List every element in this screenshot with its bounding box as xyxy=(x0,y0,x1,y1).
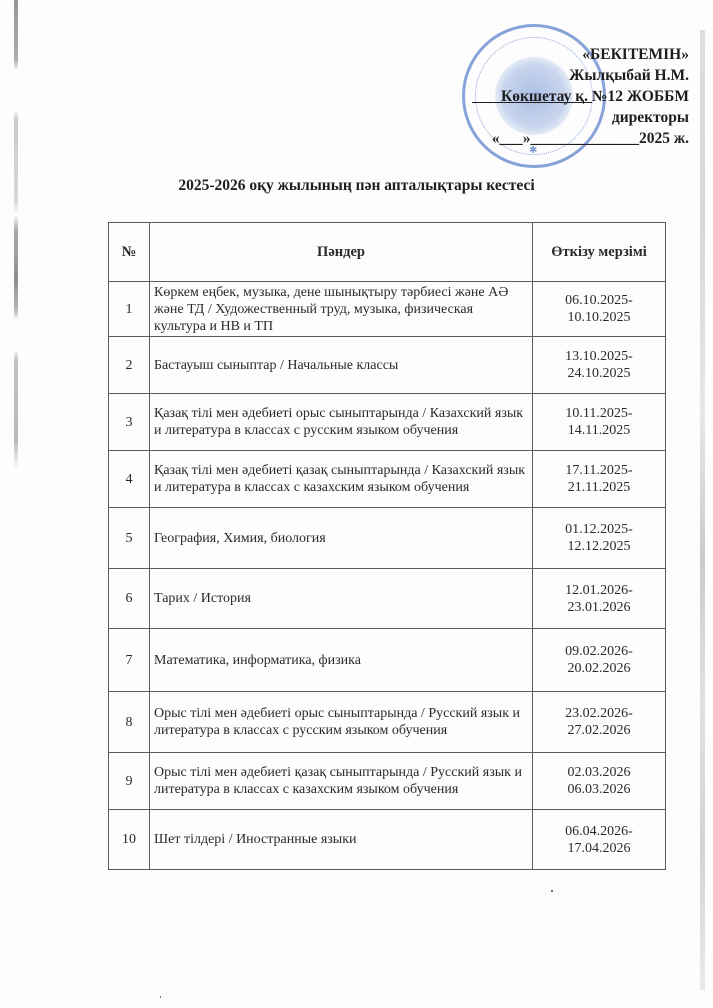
table-row: 7Математика, информатика, физика09.02.20… xyxy=(109,629,666,692)
document-title: 2025-2026 оқу жылының пән апталықтары ке… xyxy=(0,177,713,195)
row-number: 7 xyxy=(109,629,150,692)
period-cell: 01.12.2025- 12.12.2025 xyxy=(533,508,666,569)
row-number: 5 xyxy=(109,508,150,569)
table-row: 2Бастауыш сыныптар / Начальные классы13.… xyxy=(109,337,666,394)
header-period: Өткізу мерзімі xyxy=(533,223,666,282)
table-row: 5География, Химия, биология01.12.2025- 1… xyxy=(109,508,666,569)
table-row: 10Шет тілдері / Иностранные языки06.04.2… xyxy=(109,810,666,870)
subject-cell: Бастауыш сыныптар / Начальные классы xyxy=(150,337,533,394)
period-cell: 10.11.2025- 14.11.2025 xyxy=(533,394,666,451)
row-number: 10 xyxy=(109,810,150,870)
approval-block: «БЕКІТЕМІН» Жылқыбай Н.М. Көкшетау қ. №1… xyxy=(429,44,689,149)
schedule-table: № Пәндер Өткізу мерзімі 1Көркем еңбек, м… xyxy=(108,222,666,870)
approval-date: «___»______________2025 ж. xyxy=(429,128,689,149)
subject-cell: Орыс тілі мен әдебиеті қазақ сыныптарынд… xyxy=(150,753,533,810)
scan-speck xyxy=(160,996,161,998)
period-cell: 09.02.2026- 20.02.2026 xyxy=(533,629,666,692)
subject-cell: Көркем еңбек, музыка, дене шынықтыру тәр… xyxy=(150,282,533,337)
row-number: 4 xyxy=(109,451,150,508)
scan-edge-right xyxy=(700,30,705,990)
table-row: 3Қазақ тілі мен әдебиеті орыс сыныптарын… xyxy=(109,394,666,451)
director-name: Жылқыбай Н.М. xyxy=(429,65,689,86)
approval-heading: «БЕКІТЕМІН» xyxy=(429,44,689,65)
scan-edge-left xyxy=(14,0,18,1008)
header-subjects: Пәндер xyxy=(150,223,533,282)
table-row: 8Орыс тілі мен әдебиеті орыс сыныптарынд… xyxy=(109,692,666,753)
period-cell: 23.02.2026- 27.02.2026 xyxy=(533,692,666,753)
period-cell: 13.10.2025- 24.10.2025 xyxy=(533,337,666,394)
row-number: 8 xyxy=(109,692,150,753)
table-header-row: № Пәндер Өткізу мерзімі xyxy=(109,223,666,282)
director-title: директоры xyxy=(429,107,689,128)
subject-cell: Тарих / История xyxy=(150,569,533,629)
row-number: 9 xyxy=(109,753,150,810)
table-row: 4Қазақ тілі мен әдебиеті қазақ сыныптары… xyxy=(109,451,666,508)
scan-speck xyxy=(551,890,553,892)
row-number: 1 xyxy=(109,282,150,337)
school-name: Көкшетау қ. №12 ЖОББМ xyxy=(429,86,689,107)
table-row: 6Тарих / История12.01.2026- 23.01.2026 xyxy=(109,569,666,629)
header-number: № xyxy=(109,223,150,282)
subject-cell: Орыс тілі мен әдебиеті орыс сыныптарында… xyxy=(150,692,533,753)
subject-cell: Математика, информатика, физика xyxy=(150,629,533,692)
period-cell: 06.10.2025- 10.10.2025 xyxy=(533,282,666,337)
period-cell: 12.01.2026- 23.01.2026 xyxy=(533,569,666,629)
period-cell: 06.04.2026- 17.04.2026 xyxy=(533,810,666,870)
period-cell: 02.03.2026 06.03.2026 xyxy=(533,753,666,810)
subject-cell: География, Химия, биология xyxy=(150,508,533,569)
signature-line xyxy=(472,102,592,103)
table-row: 9Орыс тілі мен әдебиеті қазақ сыныптарын… xyxy=(109,753,666,810)
period-cell: 17.11.2025- 21.11.2025 xyxy=(533,451,666,508)
subject-cell: Шет тілдері / Иностранные языки xyxy=(150,810,533,870)
subject-cell: Қазақ тілі мен әдебиеті қазақ сыныптарын… xyxy=(150,451,533,508)
row-number: 6 xyxy=(109,569,150,629)
table-row: 1Көркем еңбек, музыка, дене шынықтыру тә… xyxy=(109,282,666,337)
row-number: 2 xyxy=(109,337,150,394)
subject-cell: Қазақ тілі мен әдебиеті орыс сыныптарынд… xyxy=(150,394,533,451)
row-number: 3 xyxy=(109,394,150,451)
